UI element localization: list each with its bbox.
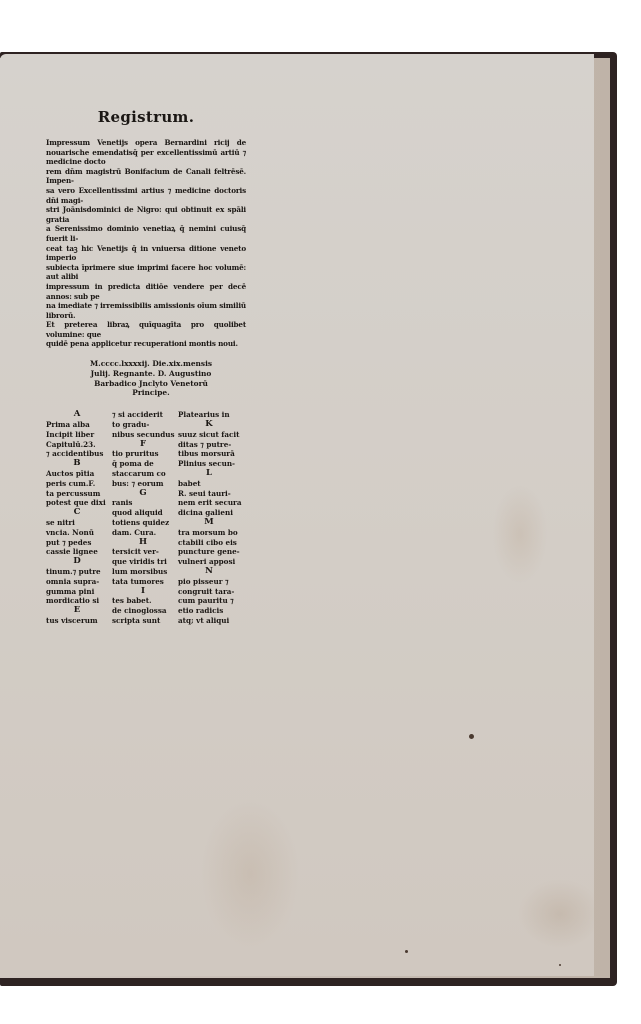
register-entry: congruit tara-: [178, 587, 240, 597]
colophon-line: ceat taꝫ hic Venetijs q̄ in vniuersa dit…: [46, 244, 246, 263]
register-entry: lum morsibus: [112, 567, 174, 577]
register-entry: atq; vt aliqui: [178, 616, 240, 626]
date-block: M.cccc.lxxxxij. Die.xix.mensisJulij. Reg…: [56, 359, 246, 398]
register-entry: ⁊ si acciderit: [112, 410, 174, 420]
register-letter: A: [46, 410, 108, 420]
colophon-line: a Serenissimo dominio venetiaꝝ q̄ nemini…: [46, 224, 246, 243]
text-block: Registrum. Impressum Venetijs opera Bern…: [46, 60, 246, 626]
register-entry: tersicit ver-: [112, 547, 174, 557]
register-column: ⁊ si accideritto gradu-nibus secundusFti…: [112, 410, 174, 626]
register-entry: Incipit liber: [46, 430, 108, 440]
page-title: Registrum.: [46, 108, 246, 126]
register-entry: Auctos pītia: [46, 469, 108, 479]
ink-spot: [559, 964, 561, 966]
register-letter: L: [178, 469, 240, 479]
register-letter: D: [46, 557, 108, 567]
date-line: Julij. Regnante. D. Augustino: [56, 369, 246, 379]
register-entry: tra morsum bo: [178, 528, 240, 538]
colophon-line: stri Joānisdominici de Nigro: qui obtinu…: [46, 205, 246, 224]
register-entry: totiens quidez: [112, 518, 174, 528]
register-entry: q̄ poma de: [112, 459, 174, 469]
register-letter: K: [178, 420, 240, 430]
register-entry: Prima alba: [46, 420, 108, 430]
register-entry: puncture gene-: [178, 547, 240, 557]
register-letter: F: [112, 440, 174, 450]
register-entry: ctabili cibo eis: [178, 538, 240, 548]
register-entry: staccarum co: [112, 469, 174, 479]
register-letter: I: [112, 587, 174, 597]
register-entry: omnia supra-: [46, 577, 108, 587]
ink-spot: [469, 734, 474, 739]
register-letter: B: [46, 459, 108, 469]
register-entry: pio pisseur ⁊: [178, 577, 240, 587]
register-entry: R. seui tauri-: [178, 489, 240, 499]
register-entry: etio radicis: [178, 606, 240, 616]
colophon-line: quidē pena applicetur recuperationi mont…: [46, 339, 246, 349]
register-letter: G: [112, 489, 174, 499]
register-entry: tibus morsurā: [178, 449, 240, 459]
register-letter: N: [178, 567, 240, 577]
colophon-line: Impressum Venetijs opera Bernardini rici…: [46, 138, 246, 167]
colophon-line: sa vero Excellentissimi artius ⁊ medicin…: [46, 186, 246, 205]
register-entry: put ⁊ pedes: [46, 538, 108, 548]
register-letter: E: [46, 606, 108, 616]
ink-spot: [405, 950, 408, 953]
register-entry: tio pruritus: [112, 449, 174, 459]
register-entry: Capitulū.23.: [46, 440, 108, 450]
register-column: APrima albaIncipit liberCapitulū.23.⁊ ac…: [46, 410, 108, 626]
register-entry: to gradu-: [112, 420, 174, 430]
register-letter: M: [178, 518, 240, 528]
register-entry: suuz sicut facit: [178, 430, 240, 440]
register-letter: C: [46, 508, 108, 518]
colophon-line: rem dn̄m magistrū Bonifacium de Canali f…: [46, 167, 246, 186]
register-letter: H: [112, 538, 174, 548]
register-entry: se nitri: [46, 518, 108, 528]
date-line: Principe.: [56, 388, 246, 398]
register-entry: cum pauritu ⁊: [178, 596, 240, 606]
register-entry: ditas ⁊ putre-: [178, 440, 240, 450]
colophon-line: Et preterea libraꝝ quīquagīta pro quolib…: [46, 320, 246, 339]
register-entry: ta percussum: [46, 489, 108, 499]
register-entry: gumma pini: [46, 587, 108, 597]
date-line: Barbadico Jnclyto Venetorū: [56, 379, 246, 389]
colophon-line: subiecta īprimere siue imprimi facere ho…: [46, 263, 246, 282]
register-entry: tus viscerum: [46, 616, 108, 626]
colophon: Impressum Venetijs opera Bernardini rici…: [46, 138, 246, 349]
register-column: Platearius inKsuuz sicut facitditas ⁊ pu…: [178, 410, 240, 626]
register-entry: scripta sunt: [112, 616, 174, 626]
colophon-line: na imediate ⁊ irremissibilis amissionis …: [46, 301, 246, 320]
register-entry: peris cum.F.: [46, 479, 108, 489]
register-entry: tinum.⁊ putre: [46, 567, 108, 577]
register-table: APrima albaIncipit liberCapitulū.23.⁊ ac…: [46, 410, 246, 626]
colophon-line: impressum in predicta ditiōe vendere per…: [46, 282, 246, 301]
register-entry: nem erit secura: [178, 498, 240, 508]
register-entry: de cinoglossa: [112, 606, 174, 616]
register-entry: babet: [178, 479, 240, 489]
register-entry: tes babet.: [112, 596, 174, 606]
register-entry: vncia. Nonū: [46, 528, 108, 538]
register-entry: quod aliquid: [112, 508, 174, 518]
date-line: M.cccc.lxxxxij. Die.xix.mensis: [56, 359, 246, 369]
register-entry: ranis: [112, 498, 174, 508]
register-entry: que viridis tri: [112, 557, 174, 567]
